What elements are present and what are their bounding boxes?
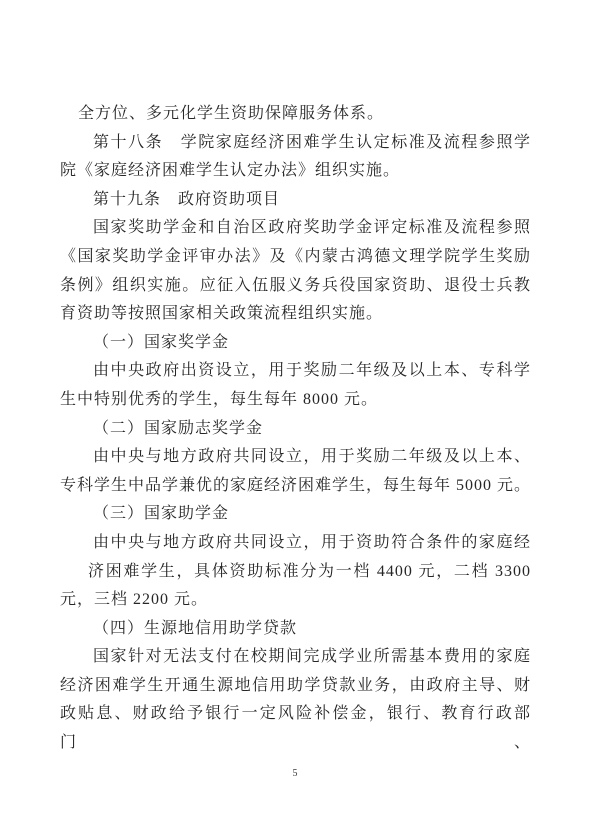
text-line: 育资助等按照国家相关政策流程组织实施。 xyxy=(60,300,531,329)
document-page: 全方位、多元化学生资助保障服务体系。 第十八条 学院家庭经济困难学生认定标准及流… xyxy=(0,0,590,834)
text-line: 生中特别优秀的学生，每生每年 8000 元。 xyxy=(60,386,531,415)
text-line: 由中央与地方政府共同设立，用于奖励二年级及以上本、 xyxy=(60,443,531,472)
text-line: 院《家庭经济困难学生认定办法》组织实施。 xyxy=(60,157,531,186)
text-line-item-3-heading: （三）国家助学金 xyxy=(60,500,531,529)
text-line-article-19: 第十九条 政府资助项目 xyxy=(60,186,531,215)
text-line: 由中央与地方政府共同设立，用于资助符合条件的家庭经 xyxy=(60,529,531,558)
text-line: 条例》组织实施。应征入伍服义务兵役国家资助、退役士兵教 xyxy=(60,272,531,301)
text-line-article-18: 第十八条 学院家庭经济困难学生认定标准及流程参照学 xyxy=(60,129,531,158)
text-line-item-1-heading: （一）国家奖学金 xyxy=(60,329,531,358)
text-line: 全方位、多元化学生资助保障服务体系。 xyxy=(60,100,531,129)
document-body: 全方位、多元化学生资助保障服务体系。 第十八条 学院家庭经济困难学生认定标准及流… xyxy=(60,100,531,758)
text-line: 济困难学生，具体资助标准分为一档 4400 元，二档 3300 xyxy=(60,558,531,587)
page-number: 5 xyxy=(0,768,590,779)
text-line: 由中央政府出资设立，用于奖励二年级及以上本、专科学 xyxy=(60,357,531,386)
text-line: 经济困难学生开通生源地信用助学贷款业务，由政府主导、财 xyxy=(60,672,531,701)
text-line: 元，三档 2200 元。 xyxy=(60,586,531,615)
text-line: 专科学生中品学兼优的家庭经济困难学生，每生每年 5000 元。 xyxy=(60,472,531,501)
text-line-item-4-heading: （四）生源地信用助学贷款 xyxy=(60,615,531,644)
text-line: 政贴息、财政给予银行一定风险补偿金，银行、教育行政部门、 xyxy=(60,700,531,757)
text-line: 国家奖助学金和自治区政府奖助学金评定标准及流程参照 xyxy=(60,214,531,243)
text-line-item-2-heading: （二）国家励志奖学金 xyxy=(60,415,531,444)
text-line: 《国家奖助学金评审办法》及《内蒙古鸿德文理学院学生奖励 xyxy=(60,243,531,272)
text-line: 国家针对无法支付在校期间完成学业所需基本费用的家庭 xyxy=(60,643,531,672)
